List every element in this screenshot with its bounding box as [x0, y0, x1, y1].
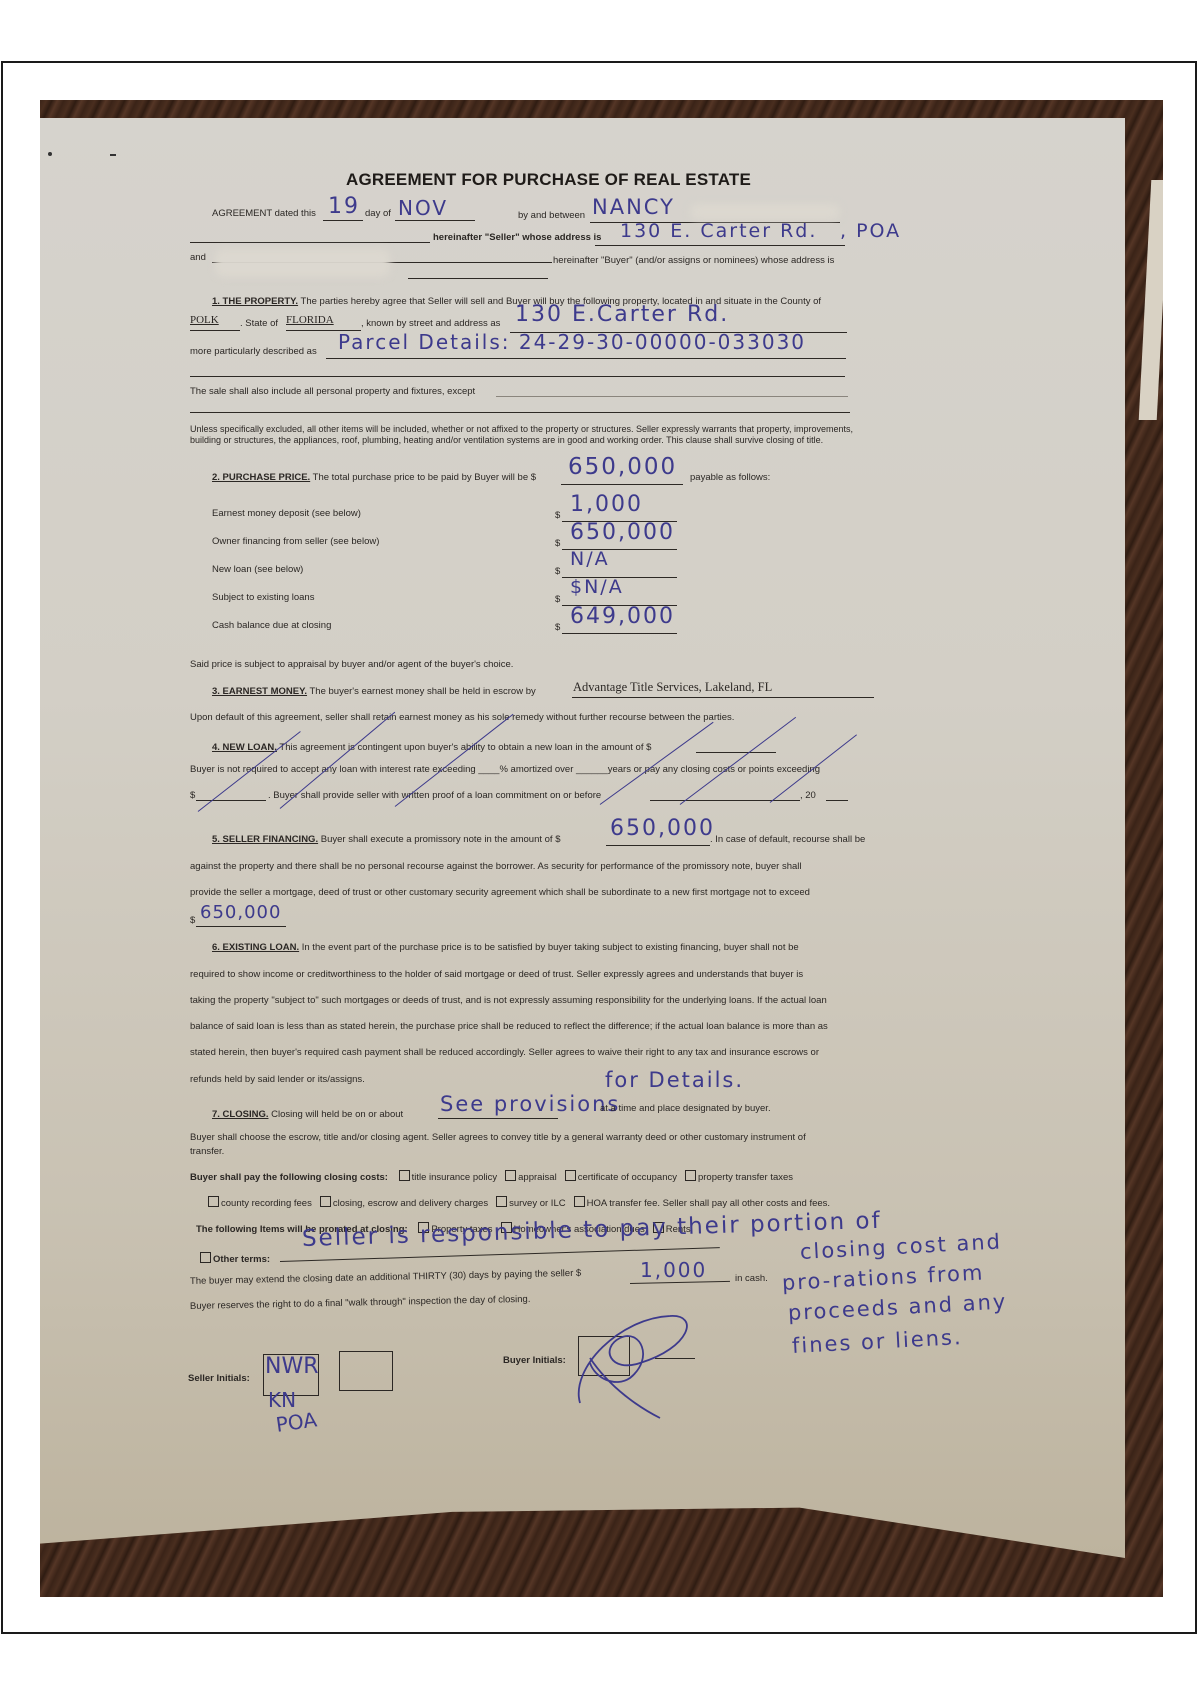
seller-address-line: [595, 245, 845, 246]
other-terms-checkbox[interactable]: [200, 1252, 211, 1263]
seller-name[interactable]: NANCY: [592, 195, 675, 219]
closing-cost-option[interactable]: title insurance policy: [399, 1172, 498, 1183]
other-terms-line-text: fines or liens.: [791, 1325, 963, 1358]
price-item-value[interactable]: 649,000: [570, 604, 675, 629]
closing-cost-option[interactable]: certificate of occupancy: [565, 1172, 677, 1183]
max-amount-line: [196, 926, 286, 927]
day-value[interactable]: 19: [328, 194, 360, 219]
checkbox-label: title insurance policy: [412, 1172, 498, 1183]
section6-heading-wrap: 6. EXISTING LOAN. In the event part of t…: [212, 942, 799, 953]
other-terms-value[interactable]: Seller is responsible to pay their porti…: [302, 1208, 882, 1252]
seller-label: hereinafter "Seller" whose address is: [433, 232, 601, 243]
closing-cost-option[interactable]: survey or ILC: [496, 1198, 566, 1209]
state-value[interactable]: FLORIDA: [286, 314, 334, 326]
seller-poa: , POA: [840, 220, 901, 242]
legal-description[interactable]: Parcel Details: 24-29-30-00000-033030: [338, 330, 806, 354]
escrow-line: [572, 697, 874, 698]
buyer-initials-label: Buyer Initials:: [503, 1355, 566, 1366]
note-amount-line: [606, 845, 710, 846]
second-sheet: [1139, 180, 1163, 420]
closing-cost-option[interactable]: property transfer taxes: [685, 1172, 793, 1183]
price-item-label: Subject to existing loans: [212, 592, 314, 603]
section5-heading: 5. SELLER FINANCING.: [212, 834, 318, 845]
section2-heading: 2. PURCHASE PRICE.: [212, 472, 310, 483]
section6-line: balance of said loan is less than as sta…: [190, 1021, 828, 1032]
buyer-costs-row-1: Buyer shall pay the following closing co…: [190, 1170, 793, 1183]
closing-cost-option[interactable]: closing, escrow and delivery charges: [320, 1198, 488, 1209]
redacted-surname: [690, 204, 840, 220]
section4-heading: 4. NEW LOAN.: [212, 742, 277, 753]
closing-date-line: [438, 1118, 558, 1119]
checkbox[interactable]: [565, 1170, 576, 1181]
county-line: [190, 330, 240, 331]
total-price[interactable]: 650,000: [568, 454, 677, 480]
appraisal-note: Said price is subject to appraisal by bu…: [190, 659, 513, 670]
description-line: [326, 358, 846, 359]
buyer-costs-label: Buyer shall pay the following closing co…: [190, 1172, 388, 1183]
closing-cost-option[interactable]: county recording fees: [208, 1198, 312, 1209]
state-label: . State of: [240, 318, 278, 329]
max-amount-symbol: $: [190, 915, 195, 926]
price-item-label: Owner financing from seller (see below): [212, 536, 379, 547]
seller-costs-note: Seller shall pay all other costs and fee…: [663, 1198, 830, 1209]
paper-sheet: AGREEMENT FOR PURCHASE OF REAL ESTATE AG…: [40, 118, 1125, 1558]
smudge-mark: [48, 152, 52, 156]
checkbox-label: appraisal: [518, 1172, 557, 1183]
closing-cost-option[interactable]: HOA transfer fee.: [574, 1198, 660, 1209]
escrow-agent[interactable]: Advantage Title Services, Lakeland, FL: [573, 680, 772, 695]
section7-time-place: at a time and place designated by buyer.: [600, 1103, 771, 1114]
seller-initial-poa: POA: [274, 1407, 318, 1436]
extend-text: The buyer may extend the closing date an…: [190, 1268, 581, 1287]
section5-default: . In case of default, recourse shall be: [710, 834, 865, 845]
section7-heading: 7. CLOSING.: [212, 1109, 268, 1120]
closing-note: for Details.: [605, 1068, 744, 1092]
description-line-2: [190, 376, 845, 377]
checkbox-label: county recording fees: [221, 1198, 312, 1209]
smudge-mark: [110, 154, 116, 156]
section5-line1: 5. SELLER FINANCING. Buyer shall execute…: [212, 834, 560, 845]
buyer-address-line: [408, 278, 548, 279]
escrow-label: The buyer's earnest money shall be held …: [310, 686, 536, 697]
buyer-signature-scribble: [560, 1308, 700, 1428]
year-line: [826, 800, 848, 801]
section4-line3: . Buyer shall provide seller with writte…: [268, 790, 601, 801]
section6-line: required to show income or creditworthin…: [190, 969, 803, 980]
section3-text: 3. EARNEST MONEY. The buyer's earnest mo…: [212, 686, 536, 697]
price-item-value[interactable]: 1,000: [570, 492, 643, 517]
checkbox-label: property transfer taxes: [698, 1172, 793, 1183]
personal-property-label: The sale shall also include all personal…: [190, 386, 475, 397]
section2-text: 2. PURCHASE PRICE. The total purchase pr…: [212, 472, 536, 483]
seller-initial-1: NWR: [265, 1354, 319, 1379]
other-terms-label: Other terms:: [213, 1254, 270, 1265]
currency-symbol: $: [555, 510, 560, 521]
checkbox[interactable]: [208, 1196, 219, 1207]
checkbox-label: certificate of occupancy: [578, 1172, 677, 1183]
price-item-label: Earnest money deposit (see below): [212, 508, 361, 519]
checkbox-label: survey or ILC: [509, 1198, 566, 1209]
max-mortgage-amount[interactable]: 650,000: [200, 902, 281, 923]
document-title: AGREEMENT FOR PURCHASE OF REAL ESTATE: [346, 170, 751, 190]
checkbox-label: HOA transfer fee.: [587, 1198, 660, 1209]
price-item-label: Cash balance due at closing: [212, 620, 331, 631]
seller-address[interactable]: 130 E. Carter Rd.: [620, 220, 817, 242]
document-photo: AGREEMENT FOR PURCHASE OF REAL ESTATE AG…: [40, 100, 1163, 1597]
section7-line2: Buyer shall choose the escrow, title and…: [190, 1132, 806, 1143]
strikeout-mark: [680, 717, 796, 805]
price-item-label: New loan (see below): [212, 564, 303, 575]
exceptions-line: [496, 396, 848, 397]
between-label: by and between: [518, 210, 585, 221]
redacted-buyer-name: [215, 249, 390, 277]
month-line: [395, 220, 475, 221]
checkbox[interactable]: [505, 1170, 516, 1181]
buyer-label: hereinafter "Buyer" (and/or assigns or n…: [553, 255, 834, 266]
note-amount[interactable]: 650,000: [610, 816, 715, 841]
other-terms-row: Other terms:: [200, 1252, 270, 1265]
section6-line: taking the property "subject to" such mo…: [190, 995, 827, 1006]
purchase-price-label: The total purchase price to be paid by B…: [313, 472, 536, 483]
seller-initial-extra: KN: [268, 1388, 296, 1412]
seller-initial-box-2[interactable]: [339, 1351, 393, 1391]
currency-symbol: $: [555, 594, 560, 605]
section6-line: refunds held by said lender or its/assig…: [190, 1074, 365, 1085]
section7-line1: 7. CLOSING. Closing will held be on or a…: [212, 1109, 403, 1120]
day-line: [323, 220, 363, 221]
checkbox[interactable]: [574, 1196, 585, 1207]
commitment-date-line: [650, 800, 800, 801]
default-clause: Upon default of this agreement, seller s…: [190, 712, 734, 723]
total-price-line: [561, 484, 683, 485]
section1-heading: 1. THE PROPERTY.: [212, 296, 298, 307]
exceptions-line-2: [190, 412, 850, 413]
payable-label: payable as follows:: [690, 472, 770, 483]
section4-line3-prefix: $: [190, 790, 195, 801]
county-value[interactable]: POLK: [190, 314, 219, 326]
buyer-costs-row-2: county recording feesclosing, escrow and…: [200, 1196, 830, 1209]
other-terms-line-text: proceeds and any: [787, 1290, 1007, 1325]
dated-label: AGREEMENT dated this: [212, 208, 316, 219]
price-item-value[interactable]: $N/A: [570, 576, 624, 598]
section6-heading: 6. EXISTING LOAN.: [212, 942, 299, 953]
walkthrough-clause: Buyer reserves the right to do a final "…: [190, 1294, 531, 1312]
section5-line2: against the property and there shall be …: [190, 861, 802, 872]
price-item-value[interactable]: N/A: [570, 548, 610, 570]
day-of-label: day of: [365, 208, 391, 219]
described-label: more particularly described as: [190, 346, 317, 357]
seller-line-2: [190, 242, 430, 243]
section5-line3: provide the seller a mortgage, deed of t…: [190, 887, 810, 898]
checkbox[interactable]: [399, 1170, 410, 1181]
section3-heading: 3. EARNEST MONEY.: [212, 686, 307, 697]
seller-initials-label: Seller Initials:: [188, 1373, 250, 1384]
checkbox[interactable]: [685, 1170, 696, 1181]
checkbox[interactable]: [496, 1196, 507, 1207]
closing-cost-option[interactable]: appraisal: [505, 1172, 557, 1183]
currency-symbol: $: [555, 538, 560, 549]
points-line: [196, 800, 266, 801]
checkbox-label: closing, escrow and delivery charges: [333, 1198, 488, 1209]
price-item-line: [562, 633, 677, 634]
section7-line3: transfer.: [190, 1146, 224, 1157]
currency-symbol: $: [555, 622, 560, 633]
currency-symbol: $: [555, 566, 560, 577]
section4-year: , 20: [800, 790, 816, 801]
warranty-clause: Unless specifically excluded, all other …: [190, 424, 855, 446]
extend-end: in cash.: [735, 1273, 768, 1284]
checkbox[interactable]: [320, 1196, 331, 1207]
price-item-value[interactable]: 650,000: [570, 520, 675, 545]
month-value[interactable]: NOV: [398, 196, 448, 220]
section6-line: stated herein, then buyer's required cas…: [190, 1047, 819, 1058]
property-address[interactable]: 130 E.Carter Rd.: [515, 302, 729, 327]
loan-amount-line: [696, 752, 776, 753]
extend-amount[interactable]: 1,000: [640, 1258, 707, 1282]
address-label: , known by street and address as: [361, 318, 500, 329]
and-label: and: [190, 252, 206, 263]
other-terms-line-text: pro-rations from: [781, 1260, 985, 1295]
closing-date[interactable]: See provisions: [440, 1092, 620, 1116]
